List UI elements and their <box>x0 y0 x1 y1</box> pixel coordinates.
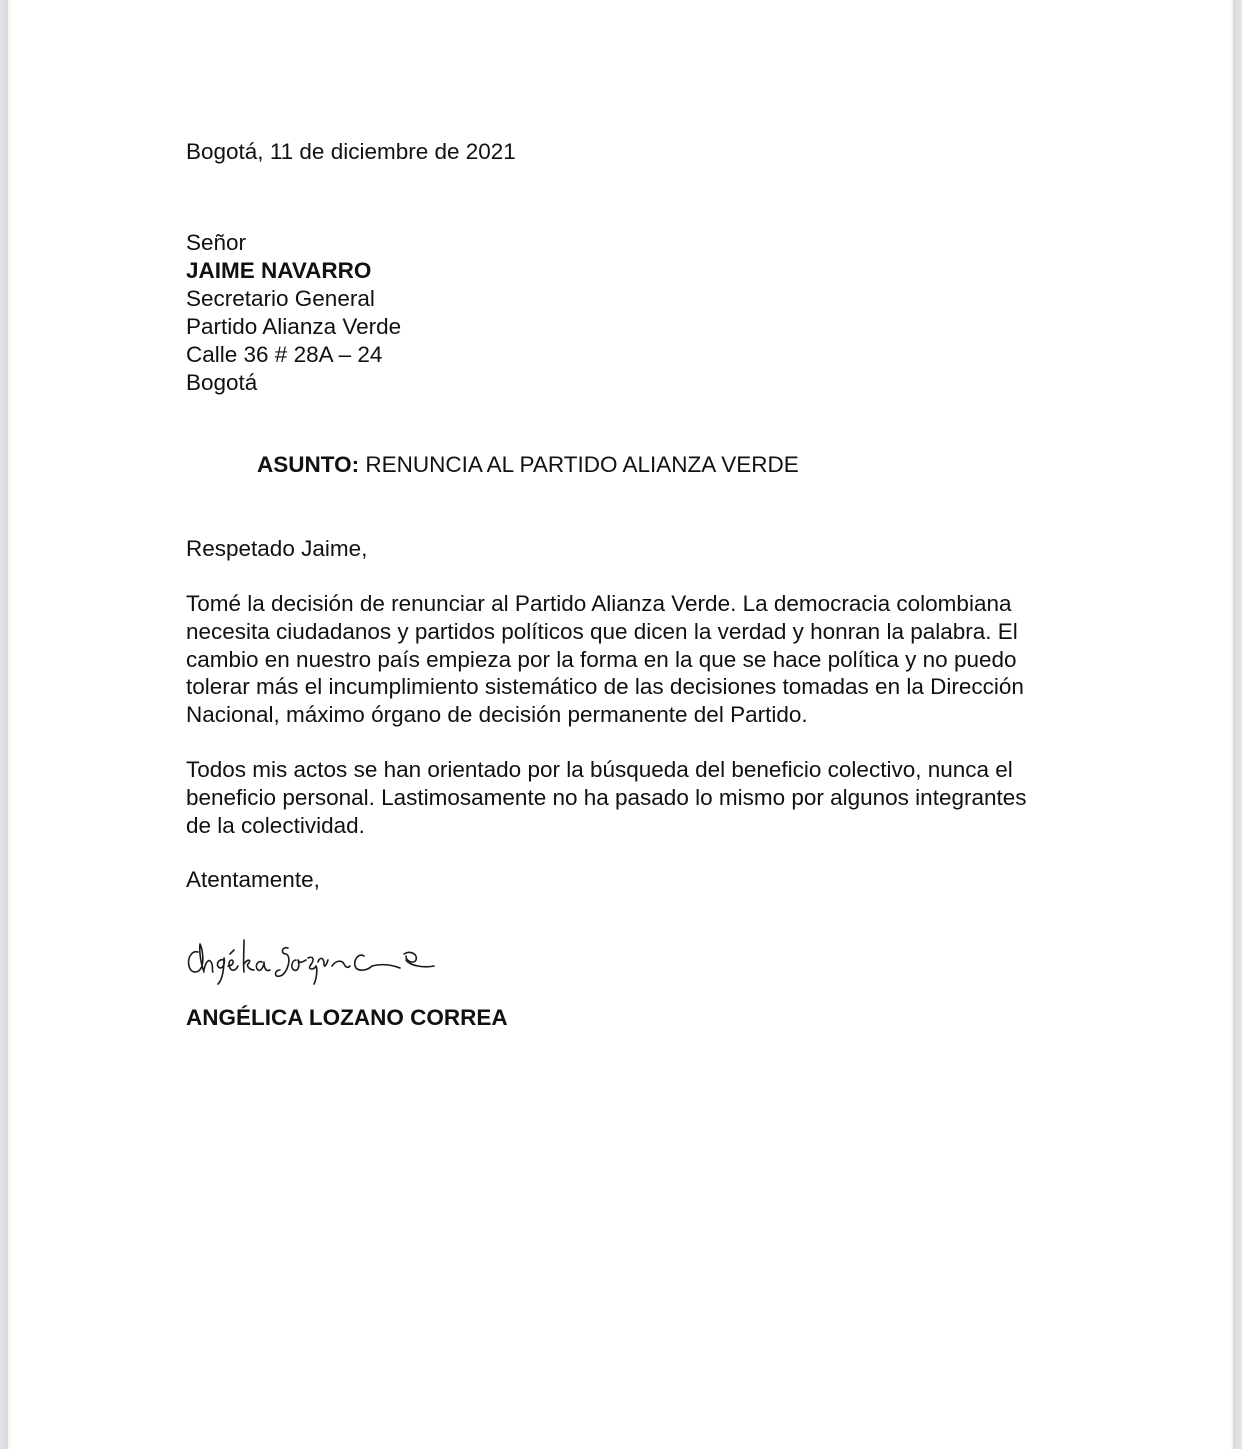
closing: Atentamente, <box>186 866 320 894</box>
greeting: Respetado Jaime, <box>186 535 367 563</box>
addressee-organization: Partido Alianza Verde <box>186 313 401 341</box>
signature-icon <box>184 930 444 985</box>
subject-text: RENUNCIA AL PARTIDO ALIANZA VERDE <box>359 452 799 477</box>
addressee-block: Señor JAIME NAVARRO Secretario General P… <box>186 229 401 397</box>
signer-name: ANGÉLICA LOZANO CORREA <box>186 1004 508 1032</box>
body-paragraph-1: Tomé la decisión de renunciar al Partido… <box>186 590 1086 729</box>
date-line: Bogotá, 11 de diciembre de 2021 <box>186 138 516 166</box>
paragraph-line: de la colectividad. <box>186 812 1086 840</box>
paragraph-line: Tomé la decisión de renunciar al Partido… <box>186 590 1086 618</box>
paragraph-line: tolerar más el incumplimiento sistemátic… <box>186 673 1086 701</box>
paragraph-line: cambio en nuestro país empieza por la fo… <box>186 646 1086 674</box>
viewer-right-edge <box>1233 0 1242 1449</box>
addressee-city: Bogotá <box>186 369 401 397</box>
paragraph-line: necesita ciudadanos y partidos políticos… <box>186 618 1086 646</box>
paragraph-line: Todos mis actos se han orientado por la … <box>186 756 1086 784</box>
addressee-position: Secretario General <box>186 285 401 313</box>
addressee-name: JAIME NAVARRO <box>186 257 401 285</box>
paragraph-line: Nacional, máximo órgano de decisión perm… <box>186 701 1086 729</box>
subject-label: ASUNTO: <box>257 452 359 477</box>
paragraph-line: beneficio personal. Lastimosamente no ha… <box>186 784 1086 812</box>
addressee-salutation-title: Señor <box>186 229 401 257</box>
subject-line: ASUNTO: RENUNCIA AL PARTIDO ALIANZA VERD… <box>257 451 799 479</box>
letter-page: Bogotá, 11 de diciembre de 2021 Señor JA… <box>8 0 1233 1449</box>
addressee-address: Calle 36 # 28A – 24 <box>186 341 401 369</box>
viewer-left-edge <box>0 0 8 1449</box>
body-paragraph-2: Todos mis actos se han orientado por la … <box>186 756 1086 839</box>
